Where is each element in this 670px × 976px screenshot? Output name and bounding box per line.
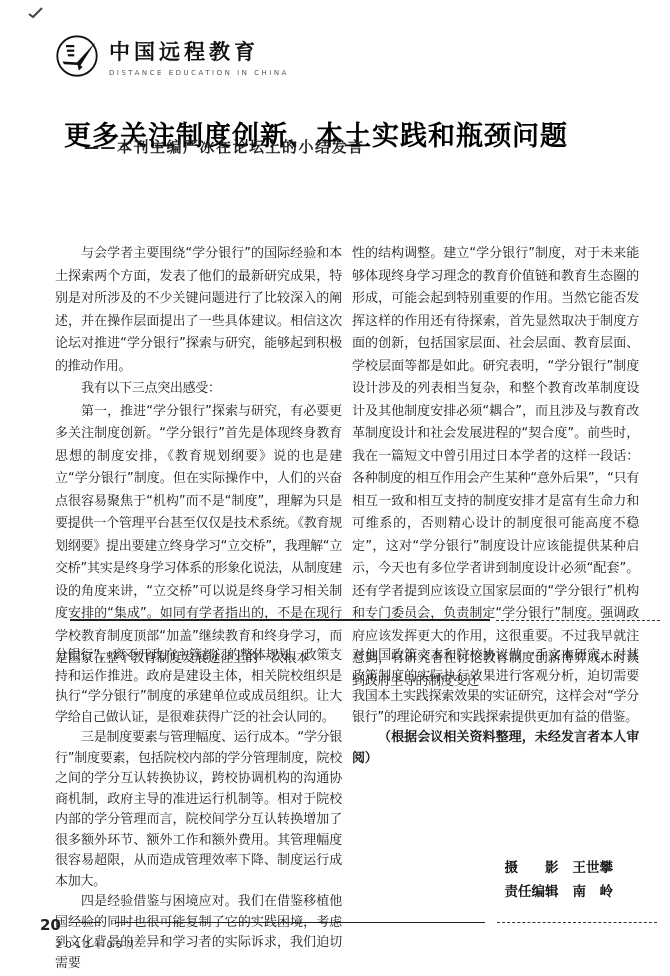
paragraph: 我有以下三点突出感受： [55, 378, 342, 401]
paragraph: 性的结构调整。建立“学分银行”制度，对于未来能够体现终身学习理念的教育价值链和教… [352, 243, 639, 693]
paragraph: 与会学者主要围绕“学分银行”的国际经验和本土探索两个方面，发表了他们的最新研究成… [55, 243, 342, 378]
paragraph: 第一，推进“学分银行”探索与研究，有必要更多关注制度创新。“学分银行”首先是体现… [55, 401, 342, 671]
section-divider [70, 619, 660, 621]
credit-name: 南 岭 [573, 880, 614, 904]
masthead: 中国远程教育 DISTANCE EDUCATION IN CHINA [55, 34, 289, 78]
paragraph: 三是制度要素与管理幅度、运行成本。“学分银行”制度要素，包括院校内部的学分管理制… [55, 728, 342, 892]
page-number: 20 [40, 916, 61, 934]
upper-right-column: 性的结构调整。建立“学分银行”制度，对于未来能够体现终身学习理念的教育价值链和教… [352, 243, 639, 693]
credit-name: 王世攀 [573, 856, 614, 880]
footer-rule [71, 922, 101, 923]
upper-text-block: 与会学者主要围绕“学分银行”的国际经验和本土探索两个方面，发表了他们的最新研究成… [55, 243, 639, 693]
journal-name-english: DISTANCE EDUCATION IN CHINA [109, 69, 289, 77]
journal-logo-text: 中国远程教育 DISTANCE EDUCATION IN CHINA [109, 36, 289, 77]
issue-date: 2012年05月 [56, 936, 660, 951]
journal-page: 中国远程教育 DISTANCE EDUCATION IN CHINA 更多关注制… [0, 0, 670, 976]
credit-role: 责任编辑 [505, 880, 559, 904]
credit-photography: 摄 影 王世攀 [418, 856, 613, 880]
footer-rule-dashed [497, 922, 657, 923]
credits: 摄 影 王世攀 责任编辑 南 岭 [418, 856, 613, 904]
journal-name: 中国远程教育 [109, 36, 289, 66]
paragraph: 对他国政策文本和院校协议做一手文本研究，对其政策制度的实际执行效果进行客观分析，… [352, 646, 639, 728]
editors-note: （根据会议相关资料整理，未经发言者本人审阅） [352, 728, 639, 769]
credit-role: 摄 影 [505, 856, 559, 880]
credit-editor: 责任编辑 南 岭 [418, 880, 613, 904]
corner-mark [28, 4, 44, 16]
page-footer: 20 2012年05月 [40, 916, 660, 951]
footer-rule [115, 922, 485, 923]
upper-left-column: 与会学者主要围绕“学分银行”的国际经验和本土探索两个方面，发表了他们的最新研究成… [55, 243, 342, 693]
article-subtitle: ——本刊主编严冰在论坛上的小结发言 [84, 136, 365, 157]
journal-logo-icon [55, 34, 99, 78]
paragraph: 分银行”，离不开政府主管部门的整体规划、政策支持和运作推进。政府是建设主体，相关… [55, 646, 342, 728]
